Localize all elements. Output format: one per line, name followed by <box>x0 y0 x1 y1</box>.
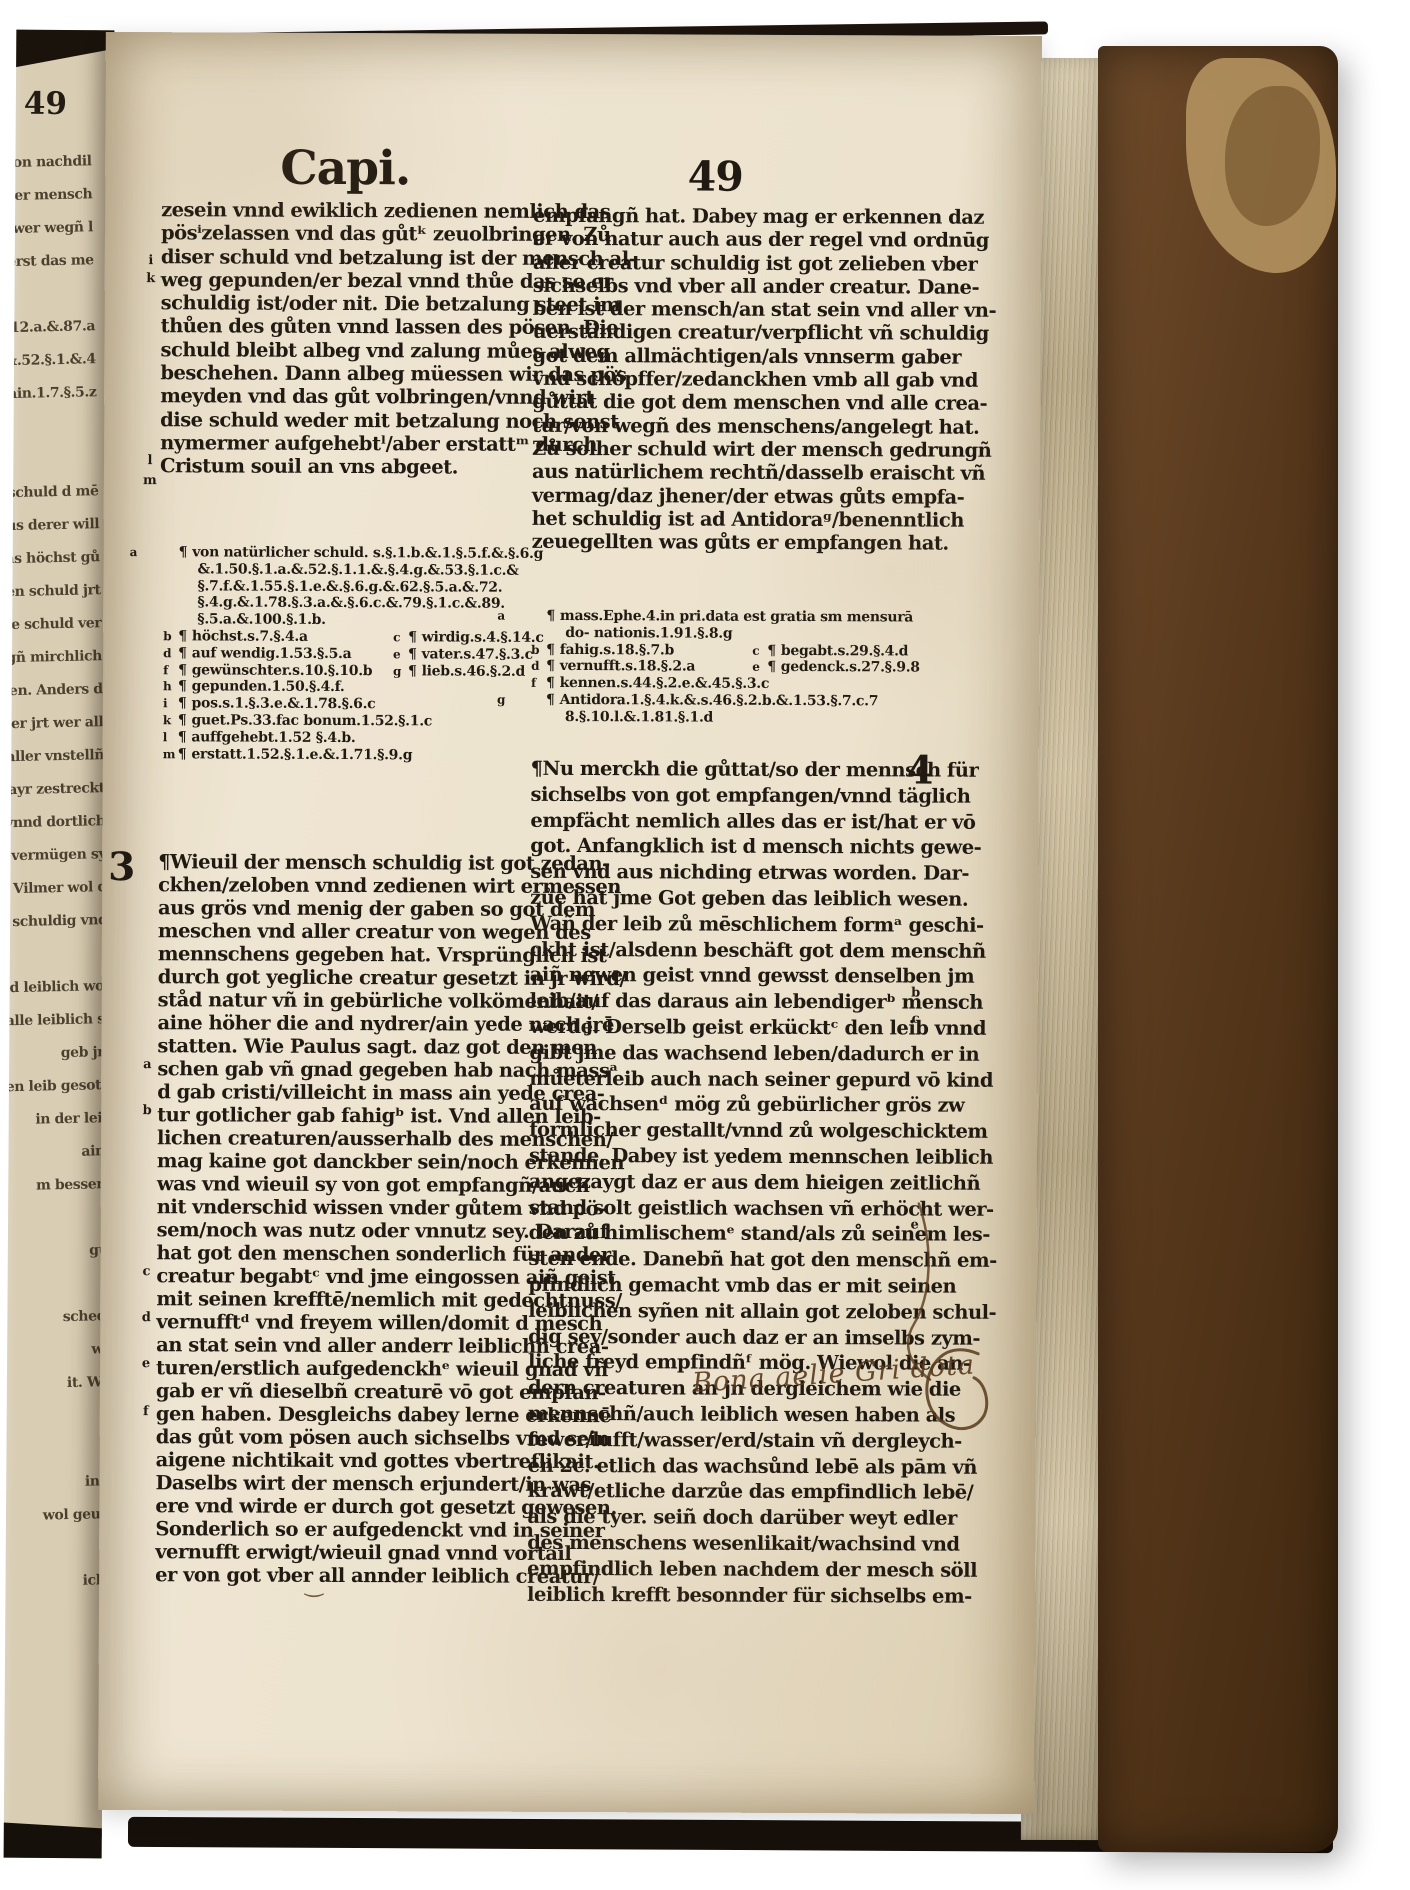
footnote-entry: e¶vater.s.47.§.3.c <box>393 646 533 663</box>
text-line: aller erden schuld jrt <box>4 574 101 612</box>
text-line: ds <box>4 1432 115 1470</box>
text-line: mennschens gegeben hat. Vrsprünglich ist <box>158 942 572 967</box>
text-line: vnd schöpffer/zedanckhen vmb all gab vnd <box>532 367 930 392</box>
text-line: zůe hat jme Got geben das leiblich wesen… <box>530 885 928 913</box>
pilcrow-icon: ¶ <box>408 629 417 645</box>
text-line: sichselbs von got empfangen/vnnd täglich <box>531 782 929 810</box>
text-line: as go das höchst gů <box>4 541 101 579</box>
footnote-entry: d¶vernufft.s.18.§.2.a <box>531 658 752 676</box>
text-line: beschehen. Dann albeg müessen wir das pö… <box>160 361 574 386</box>
text-line: 7 gemain.1.7.§.5.z <box>4 376 97 414</box>
margin-reference-letter: e <box>907 1217 923 1232</box>
footnote-letter: c <box>752 642 765 659</box>
ink-stray-mark: ‿ <box>305 1573 323 1598</box>
text-line: stande. Dabey ist yedem mennschen leibli… <box>529 1143 927 1171</box>
section-number-3: 3 <box>108 844 135 890</box>
text-line: ichtñ <box>4 1564 115 1602</box>
footnote-text: vater.s.47.§.3.c <box>422 646 533 662</box>
margin-reference-letter: m <box>142 473 158 488</box>
footnote-letter: m <box>163 746 176 763</box>
running-title: Capi. <box>225 140 465 196</box>
text-line: ¶Nu merckh die gůttat/so der mennsch für <box>531 756 929 784</box>
footnote-text: guet.Ps.33.fac bonum.1.52.§.1.c <box>191 712 432 729</box>
text-line: gibt jme das wachsend leben/dadurch er i… <box>529 1040 927 1068</box>
text-line: krawt/etliche darzůe das empfindlich leb… <box>527 1478 925 1506</box>
text-line: mit seinen krefftē/nemlich mit gedechtnu… <box>156 1287 570 1312</box>
margin-reference-letter: f <box>138 1404 154 1419</box>
text-line: uerständigen creatur/verpflicht vñ schul… <box>533 320 931 345</box>
footnote-row: l¶auffgehebt.1.52 §.4.b. <box>163 729 581 748</box>
text-line: můeterleib auch nach seiner gepurd vō ki… <box>529 1065 927 1093</box>
text-line: er schuld die der mensch <box>4 178 93 216</box>
pilcrow-icon: ¶ <box>178 695 187 711</box>
text-line: auf wachsenᵈ mög zů gebürlicher grös zw <box>529 1091 927 1119</box>
pilcrow-icon: ¶ <box>179 544 188 560</box>
text-line: f.2.a.&.52.§.1.&.4 <box>4 343 96 381</box>
text-line: gůt <box>4 1234 115 1272</box>
text-line: got dem allmächtigen/als vnnserm gaber <box>532 344 930 369</box>
printed-page: Capi. 49 zesein vnnd ewiklich zedienen n… <box>98 32 1042 1814</box>
footnote-text: auf wendig.1.53.§.5.a <box>192 645 352 662</box>
text-line: pfindlich gemacht vmb das er mit seinen <box>528 1272 926 1300</box>
footnote-text: auffgehebt.1.52 §.4.b. <box>191 729 355 746</box>
footnote-letter: f <box>531 675 544 692</box>
text-line: er von got vber all annder leiblich crea… <box>155 1563 569 1588</box>
text-line: mag kaine got danckber sein/noch erkenne… <box>157 1149 571 1174</box>
text-line: mennschñ/auch leiblich wesen haben als <box>528 1401 926 1429</box>
book-photo: 49 t jch sagen von nachdiler schuld die … <box>0 0 1410 1890</box>
text-line: m bessern <box>4 1168 114 1206</box>
text-line: en vermügen sy <box>4 838 107 876</box>
footnote-letter: g <box>531 692 544 709</box>
footnote-row: h¶gepunden.1.50.§.4.f. <box>163 679 581 698</box>
footnote-entry: a¶mass.Ephe.4.in pri.data est gratia sm … <box>531 608 933 643</box>
footnote-row: m¶erstatt.1.52.§.1.e.&.1.71.§.9.g <box>163 746 581 765</box>
text-line: aine vater jrt wer all <box>4 706 104 744</box>
footnote-text: lieb.s.46.§.2.d <box>422 663 525 679</box>
text-line: schedñ <box>4 1300 115 1338</box>
text-line: leib/auf das daraus ain lebendigerᵇ mens… <box>530 988 928 1016</box>
text-line: statten. Wie Paulus sagt. daz got den me… <box>157 1034 571 1059</box>
footnote-entry: h¶gepunden.1.50.§.4.f. <box>163 679 393 697</box>
footnote-letter: a <box>531 608 544 625</box>
text-line: turen/erstlich aufgedenckhᵉ wieuil gnad … <box>156 1356 570 1381</box>
text-line: zeitige wayr zestreckt <box>4 772 105 810</box>
footnote-text: gewünschter.s.10.§.10.b <box>192 662 373 679</box>
pilcrow-icon: ¶ <box>546 658 555 674</box>
text-line: tur gotlicher gab fahigᵇ ist. Vnd allen … <box>157 1103 571 1128</box>
margin-reference-letter: d <box>138 1310 154 1325</box>
text-line <box>4 409 98 447</box>
text-line: Daselbs wirt der mensch erjundert/in was <box>156 1471 570 1496</box>
footnote-entry: e¶gedenck.s.27.§.9.8 <box>752 659 920 677</box>
pilcrow-icon: ¶ <box>178 712 187 728</box>
text-line: in der leib <box>4 1102 112 1140</box>
right-column-continuation: empfangñ hat. Dabey mag er erkennen daze… <box>532 204 932 555</box>
footnote-entry: b¶höchst.s.7.§.4.a <box>163 628 393 646</box>
text-line: schuldig ist/oder nit. Die betzalung ste… <box>161 291 575 316</box>
footnote-letter: g <box>393 663 406 680</box>
left-footnote-block: a¶von natürlicher schuld. s.§.1.b.&.1.§.… <box>163 544 582 764</box>
text-line: em vnnd dortlich <box>4 805 106 843</box>
footnote-row: a¶mass.Ephe.4.in pri.data est gratia sm … <box>531 608 933 643</box>
text-line: dig sey/sonder auch daz er an imselbs zy… <box>528 1323 926 1351</box>
footnote-text: gedenck.s.27.§.9.8 <box>781 659 920 676</box>
text-line: schuld bleibt albeg vnd zalung můes alwe… <box>160 338 574 363</box>
text-line: angezaygt daz er aus dem hieigen zeitlic… <box>529 1169 927 1197</box>
footnote-letter: a <box>164 544 177 561</box>
text-line: alles schuldig vnd <box>4 904 108 942</box>
footnote-row: k¶guet.Ps.33.fac bonum.1.52.§.1.c <box>163 712 581 731</box>
text-line: leiblichen syñen nit allain got zeloben … <box>528 1298 926 1326</box>
footnote-text: erstatt.1.52.§.1.e.&.1.71.§.9.g <box>191 746 412 763</box>
text-line: am fordre schuld ver <box>4 607 102 645</box>
text-line: an stat sein vnd aller anderr leiblichñ … <box>156 1333 570 1358</box>
text-line: vernufft erwigt/wieuil gnad vnnd vortail <box>155 1540 569 1565</box>
text-line: weg gepunden/er bezal vnnd thůe das so e… <box>161 268 575 293</box>
text-line: hat got den menschen sonderlich für ande… <box>157 1241 571 1266</box>
right-column-section-4: ¶Nu merckh die gůttat/so der mennsch für… <box>527 756 929 1609</box>
text-line: an so vierst das me <box>4 244 94 282</box>
footnote-row: b¶fahig.s.18.§.7.bc¶begabt.s.29.§.4.d <box>531 641 933 660</box>
footnote-entry: g¶Antidora.1.§.4.k.&.s.46.§.2.b.&.1.53.§… <box>531 692 933 727</box>
pilcrow-icon: ¶ <box>546 641 555 657</box>
footnote-letter: d <box>163 645 176 662</box>
footnote-entry: f¶kennen.s.44.§.2.e.&.45.§.3.c <box>531 675 769 693</box>
text-line: wol geuelt <box>4 1498 115 1536</box>
margin-reference-letter: k <box>143 271 159 286</box>
facing-page-number: 49 <box>24 86 67 122</box>
footnote-row: a¶von natürlicher schuld. s.§.1.b.&.1.§.… <box>163 544 581 630</box>
text-line: tur/von wegñ des menschens/angelegt hat. <box>532 414 930 439</box>
text-line <box>4 1267 115 1305</box>
text-line: zeahlen jrt wer wegñ l <box>4 211 94 249</box>
text-line: nit vnderschid wissen vnder gůtem vnd pö… <box>157 1195 571 1220</box>
footnote-text: begabt.s.29.§.4.d <box>781 643 908 660</box>
text-line: stand solt geistlich wachsen vñ erhöcht … <box>529 1194 927 1222</box>
text-line: ilich schuld d mē <box>4 475 99 513</box>
text-line: got. Anfangklich ist d mensch nichts gew… <box>530 833 928 861</box>
text-line: Vilmer wol d <box>4 871 108 909</box>
page-number: 49 <box>605 152 825 201</box>
pilcrow-icon: ¶ <box>408 646 417 662</box>
text-line: diser schuld vnd betzalung ist der mensc… <box>161 245 575 270</box>
footnote-text: von natürlicher schuld. s.§.1.b.&.1.§.5.… <box>192 544 543 628</box>
footnote-text: höchst.s.7.§.4.a <box>192 628 308 645</box>
text-line: ckhen/zeloben vnnd zedienen wirt ermesse… <box>158 873 572 898</box>
footnote-text: Antidora.1.§.4.k.&.s.46.§.2.b.&.1.53.§.7… <box>560 692 879 725</box>
margin-reference-letter: i <box>143 253 159 268</box>
pilcrow-icon: ¶ <box>408 663 417 679</box>
text-line: it. Was <box>4 1366 115 1404</box>
text-line: er von natur auch aus der regel vnd ordn… <box>533 227 931 252</box>
text-line: cheslten aus derer will <box>4 508 100 546</box>
footnote-text: kennen.s.44.§.2.e.&.45.§.3.c <box>560 675 770 692</box>
text-line <box>4 1399 115 1437</box>
text-line: sichselbs vnd vber all ander creatur. Da… <box>533 274 931 299</box>
text-line: ains <box>4 1135 113 1173</box>
footnote-letter: k <box>163 712 176 729</box>
footnote-text: vernufft.s.18.§.2.a <box>560 658 696 675</box>
pilcrow-icon: ¶ <box>178 679 187 695</box>
margin-reference-letter: b <box>908 985 924 1000</box>
footnote-row: i¶pos.s.1.§.3.e.&.1.78.§.6.c <box>163 695 581 714</box>
margin-reference-letter: e <box>138 1356 154 1371</box>
text-line: empfindlich leben nachdem der mesch söll <box>527 1556 925 1584</box>
footnote-letter: e <box>393 646 406 663</box>
text-line: ¶Wieuil der mensch schuldig ist got zeda… <box>158 850 572 875</box>
text-line <box>4 442 99 480</box>
text-line: aine höher die and nydrer/ain yede nach … <box>158 1011 572 1036</box>
footnote-entry: k¶guet.Ps.33.fac bonum.1.52.§.1.c <box>163 712 432 730</box>
footnote-entry: a¶von natürlicher schuld. s.§.1.b.&.1.§.… <box>163 544 581 630</box>
text-line: ben ist der mensch/an stat sein vnd alle… <box>533 297 931 322</box>
text-line: aigene nichtikait vnd gottes vbertreflik… <box>156 1448 570 1473</box>
footnote-row: d¶auf wendig.1.53.§.5.ae¶vater.s.47.§.3.… <box>163 645 581 664</box>
text-line: pösⁱzelassen vnd das gůtᵏ zeuolbringen. … <box>161 222 575 247</box>
text-line: thůen des gůten vnnd lassen des pösen. D… <box>161 315 575 340</box>
text-line: creatur begabtᶜ vnd jme eingossen aiñ ge… <box>156 1264 570 1289</box>
text-line <box>4 1201 114 1239</box>
text-line: gen haben. Desgleichs dabey lerne erkenn… <box>156 1402 570 1427</box>
pilcrow-icon: ¶ <box>546 692 555 708</box>
text-line: d gab cristi/villeicht in mass ain yede … <box>157 1080 571 1105</box>
footnote-row: g¶Antidora.1.§.4.k.&.s.46.§.2.b.&.1.53.§… <box>531 692 933 727</box>
text-line: sten ende. Danebñ hat got den menschñ em… <box>528 1246 926 1274</box>
text-line <box>4 277 95 315</box>
text-line: nymermer aufgehebtˡ/aber erstattᵐ durch <box>160 431 574 456</box>
footnote-text: pos.s.1.§.3.e.&.1.78.§.6.c <box>192 696 376 713</box>
margin-reference-letter: a <box>139 1057 155 1072</box>
footnote-entry: m¶erstatt.1.52.§.1.e.&.1.71.§.9.g <box>163 746 413 764</box>
text-line: werde. Derselb geist erkücktᶜ den leib v… <box>529 1014 927 1042</box>
text-line: was vnd wieuil sy von got empfangñ/auch <box>157 1172 571 1197</box>
facing-page-text-fragments: t jch sagen von nachdiler schuld die der… <box>4 145 115 1601</box>
text-line: fewer/lufft/wasser/erd/stain vñ dergleyc… <box>528 1427 926 1455</box>
pilcrow-icon: ¶ <box>546 608 555 624</box>
footnote-letter: f <box>163 662 176 679</box>
text-line: het schuldig ist ad Antidoraᵍ/benenntlic… <box>532 507 930 532</box>
text-line: als die tyer. seiñ doch darüber weyt edl… <box>527 1504 925 1532</box>
text-line: ere vnd wirde er durch got gesetzt gewes… <box>155 1494 569 1519</box>
text-line: t jch sagen von nachdil <box>4 145 92 183</box>
pilcrow-icon: ¶ <box>178 746 187 762</box>
margin-reference-letter: l <box>142 453 158 468</box>
text-line: lichen creaturen/ausserhalb des menschen… <box>157 1126 571 1151</box>
text-line: ichen leib gesotñ <box>4 1069 112 1107</box>
footnote-text: gepunden.1.50.§.4.f. <box>192 679 345 696</box>
text-line: sem/noch was nutz oder vnnutz sey. Darau… <box>157 1218 571 1243</box>
pilcrow-icon: ¶ <box>767 642 776 658</box>
text-line: Wañ der leib zů mēschlichem formᵃ geschi… <box>530 911 928 939</box>
pilcrow-icon: ¶ <box>178 628 187 644</box>
text-line: das gůt vom pösen auch sichselbs vmd sei… <box>156 1425 570 1450</box>
text-line: aller creatur schuldig ist got zelieben … <box>533 250 931 275</box>
footnote-entry: c¶begabt.s.29.§.4.d <box>752 642 908 659</box>
footnote-text: mass.Ephe.4.in pri.data est gratia sm me… <box>560 608 913 642</box>
pilcrow-icon: ¶ <box>546 675 555 691</box>
footnote-entry: d¶auf wendig.1.53.§.5.a <box>163 645 393 663</box>
pilcrow-icon: ¶ <box>178 662 187 678</box>
text-line: des menschens wesenlikait/wachsind vnd <box>527 1530 925 1558</box>
text-line <box>4 937 109 975</box>
text-line: wie <box>4 1333 115 1371</box>
text-line: gůttat die got dem menschen vnd alle cre… <box>532 390 930 415</box>
pilcrow-icon: ¶ <box>178 645 187 661</box>
text-line: geb jrt <box>4 1036 111 1074</box>
text-line: zesein vnnd ewiklich zedienen nemlich da… <box>161 198 575 223</box>
footnote-entry: l¶auffgehebt.1.52 §.4.b. <box>163 729 393 747</box>
margin-reference-letter: c <box>138 1264 154 1279</box>
text-line: gab er vñ dieselbñ creaturē vō got empfa… <box>156 1379 570 1404</box>
text-line: dise schuld weder mit betzalung noch son… <box>160 408 574 433</box>
text-line <box>4 1531 115 1569</box>
text-line: §.4.f.&.8.§.12.a.&.87.a <box>4 310 96 348</box>
text-line: ståd natur vñ in gebürliche volkömenhait… <box>158 988 572 1013</box>
footnote-row: b¶höchst.s.7.§.4.ac¶wirdig.s.4.§.14.c <box>163 628 581 647</box>
footnote-letter: b <box>163 628 176 645</box>
text-line: meyden vnd das gůt volbringen/vnnd wirt <box>160 385 574 410</box>
footnote-letter: i <box>163 695 176 712</box>
text-line: urd wegñ mirchlich <box>4 640 103 678</box>
text-line: vernufftᵈ vnd freyem willen/domit d mēsc… <box>156 1310 570 1335</box>
text-line: empfangñ hat. Dabey mag er erkennen daz <box>533 204 931 229</box>
text-line: leiblich krefft besonnder für sichselbs … <box>527 1581 925 1609</box>
text-line: schen gab vñ gnad gegeben hab nach massᵃ <box>157 1057 571 1082</box>
text-line: durch got yegliche creatur gesetzt in jr… <box>158 965 572 990</box>
left-column-section-3: ¶Wieuil der mensch schuldig ist got zeda… <box>155 850 572 1588</box>
footnote-entry: i¶pos.s.1.§.3.e.&.1.78.§.6.c <box>163 695 393 713</box>
footnote-text: fahig.s.18.§.7.b <box>560 642 674 658</box>
text-line: vermügen. Anders d <box>4 673 103 711</box>
text-line: sen vnd aus nichding etrwas worden. Dar- <box>530 859 928 887</box>
text-line: empfächt nemlich alles das er ist/hat er… <box>530 807 928 835</box>
text-line: Zů solher schuld wirt der mensch gedrung… <box>532 437 930 462</box>
footnote-letter: l <box>163 729 176 746</box>
text-line: en 2c. etlich das wachsůnd lebē als pām … <box>528 1452 926 1480</box>
text-line: ckht ist/alsdenn beschäft got dem mensch… <box>530 936 928 964</box>
text-line: aiñ newen geist vnnd gewsst denselben jm <box>530 962 928 990</box>
text-line: Sonderlich so er aufgedenckt vnd in sein… <box>155 1517 569 1542</box>
text-line: aus grös vnd menig der gaben so got dem <box>158 896 572 921</box>
footnote-row: f¶gewünschter.s.10.§.10.bg¶lieb.s.46.§.2… <box>163 662 581 681</box>
pilcrow-icon: ¶ <box>178 729 187 745</box>
text-line: und aller vnstellñ <box>4 739 105 777</box>
footnote-letter: h <box>163 679 176 696</box>
text-line: meschen vnd aller creatur von wegen des <box>158 919 572 944</box>
margin-reference-letter: c <box>908 1011 924 1026</box>
facing-page-edge: 49 t jch sagen von nachdiler schuld die … <box>4 30 115 1859</box>
footnote-row: d¶vernufft.s.18.§.2.ae¶gedenck.s.27.§.9.… <box>531 658 933 677</box>
pilcrow-icon: ¶ <box>767 659 776 675</box>
text-line: d leiblich wol <box>4 970 110 1008</box>
footnote-entry: c¶wirdig.s.4.§.14.c <box>393 629 544 646</box>
text-line: in sy <box>4 1465 115 1503</box>
leather-cover <box>1098 46 1338 1852</box>
text-line: aus natürlichem rechtñ/dasselb eraischt … <box>532 460 930 485</box>
footnote-entry: f¶gewünschter.s.10.§.10.b <box>163 662 393 680</box>
footnote-entry: b¶fahig.s.18.§.7.b <box>531 641 752 659</box>
footnote-letter: b <box>531 641 544 658</box>
footnote-letter: d <box>531 658 544 675</box>
footnote-letter: e <box>752 659 765 676</box>
text-line: zeuegellten was gůts er empfangen hat. <box>532 530 930 555</box>
footnote-row: f¶kennen.s.44.§.2.e.&.45.§.3.c <box>531 675 933 694</box>
footnote-letter: c <box>393 629 406 646</box>
text-line: vermag/daz jhener/der etwas gůts empfa- <box>532 483 930 508</box>
left-column-paragraph: zesein vnnd ewiklich zedienen nemlich da… <box>160 198 575 479</box>
footnote-text: wirdig.s.4.§.14.c <box>422 629 544 646</box>
text-line: Cristum souil an vns abgeet. <box>160 454 574 479</box>
footnote-entry: g¶lieb.s.46.§.2.d <box>393 663 525 680</box>
margin-reference-letter: b <box>139 1103 155 1118</box>
right-footnote-block: a¶mass.Ephe.4.in pri.data est gratia sm … <box>531 608 934 727</box>
text-line: alle leiblich sl <box>4 1003 110 1041</box>
text-line: den zů himlischemᵉ stand/als zů seinem l… <box>529 1220 927 1248</box>
text-line: formlicher gestallt/vnnd zů wolgeschickt… <box>529 1117 927 1145</box>
